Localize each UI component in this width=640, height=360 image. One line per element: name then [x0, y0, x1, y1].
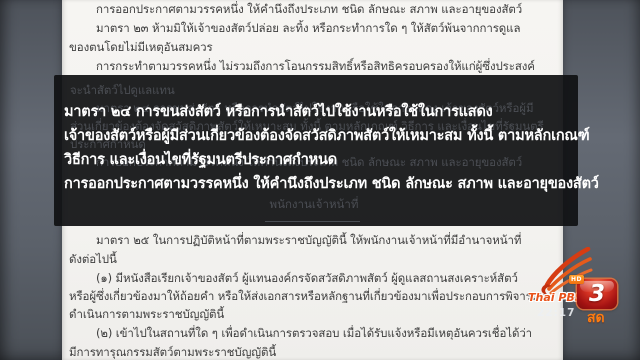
caption-overlay: จะนำสัตว์ไปดูแลแทน มาตรา ๒๔ การขนส่งสัตว…: [54, 75, 578, 226]
document-section-divider: [265, 221, 360, 222]
live-badge: สด: [587, 307, 605, 329]
document-line: (๒) เข้าไปในสถานที่ใด ๆ เพื่อดำเนินการตร…: [96, 326, 532, 340]
document-line: ดังต่อไปนี้: [69, 252, 117, 266]
broadcast-frame: การออกประกาศตามวรรคหนึ่ง ให้คำนึงถึงประเ…: [0, 0, 640, 360]
document-line: การกระทำตามวรรคหนึ่ง ไม่รวมถึงการโอนกรรม…: [96, 59, 535, 73]
document-line: มาตรา ๒๓ ห้ามมิให้เจ้าของสัตว์ปล่อย ละทิ…: [96, 21, 520, 35]
document-line: ดำเนินการตามพระราชบัญญัตินี้: [69, 307, 224, 321]
document-line: มาตรา ๒๕ ในการปฏิบัติหน้าที่ตามพระราชบัญ…: [96, 233, 521, 247]
document-section-header: พนักงานเจ้าหน้าที่: [214, 196, 414, 214]
document-line: ของตนโดยไม่มีเหตุอันสมควร: [69, 40, 213, 54]
document-line: หรือผู้ซึ่งเกี่ยวข้องมาให้ถ้อยคำ หรือให้…: [69, 289, 549, 303]
thai-pbs-wordmark: Thai PBS: [528, 291, 583, 304]
channel3-number: 3: [577, 280, 617, 308]
caption-line: การออกประกาศตามวรรคหนึ่ง ให้คำนึงถึงประเ…: [64, 175, 599, 193]
clock-time: 22:17: [537, 307, 575, 319]
caption-line: เจ้าของสัตว์หรือผู้มีส่วนเกี่ยวข้องต้องจ…: [64, 127, 590, 145]
document-line: (๑) มีหนังสือเรียกเจ้าของสัตว์ ผู้แทนองค…: [96, 271, 518, 285]
caption-line: วิธีการ และเงื่อนไขที่รัฐมนตรีประกาศกำหน…: [64, 151, 337, 169]
ghost-document-line: จะนำสัตว์ไปดูแลแทน: [70, 83, 175, 97]
document-line: การออกประกาศตามวรรคหนึ่ง ให้คำนึงถึงประเ…: [96, 2, 522, 16]
caption-line: มาตรา ๒๔ การขนส่งสัตว์ หรือการนำสัตว์ไปใ…: [64, 103, 493, 121]
hd-badge: HD: [569, 275, 584, 284]
document-line: มีการทารุณกรรมสัตว์ตามพระราชบัญญัตินี้: [69, 345, 276, 359]
